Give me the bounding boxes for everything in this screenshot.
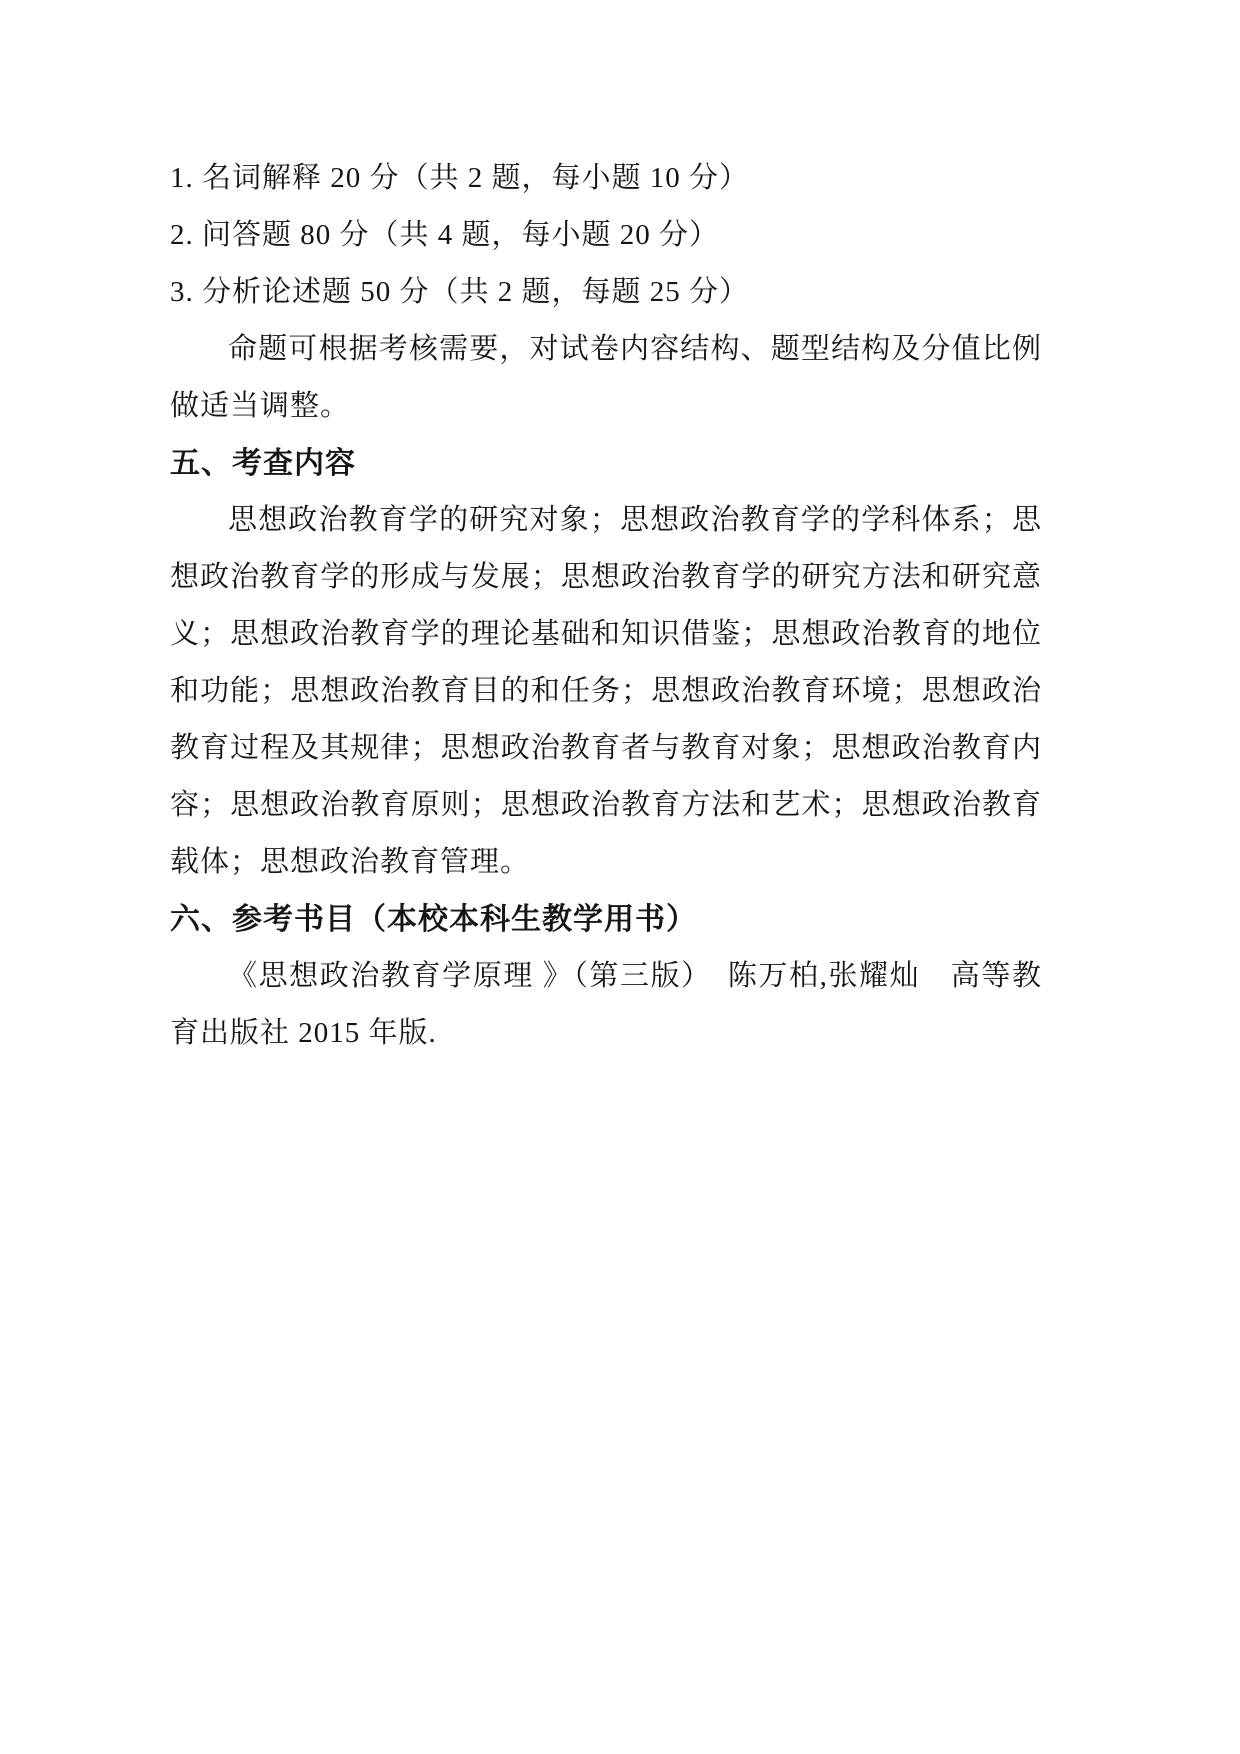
score-item-1: 1. 名词解释 20 分（共 2 题，每小题 10 分）: [170, 150, 1042, 207]
document-page: 1. 名词解释 20 分（共 2 题，每小题 10 分） 2. 问答题 80 分…: [0, 0, 1240, 1754]
exam-adjustment-paragraph: 命题可根据考核需要，对试卷内容结构、题型结构及分值比例做适当调整。: [170, 321, 1042, 435]
exam-content-paragraph: 思想政治教育学的研究对象；思想政治教育学的学科体系；思想政治教育学的形成与发展；…: [170, 492, 1042, 891]
reference-book-paragraph: 《思想政治教育学原理 》（第三版） 陈万柏,张耀灿 高等教育出版社 2015 年…: [170, 948, 1042, 1062]
score-item-2: 2. 问答题 80 分（共 4 题，每小题 20 分）: [170, 207, 1042, 264]
section-heading-exam-content: 五、考查内容: [170, 435, 1042, 492]
score-item-3: 3. 分析论述题 50 分（共 2 题，每题 25 分）: [170, 264, 1042, 321]
section-heading-reference-books: 六、参考书目（本校本科生教学用书）: [170, 891, 1042, 948]
